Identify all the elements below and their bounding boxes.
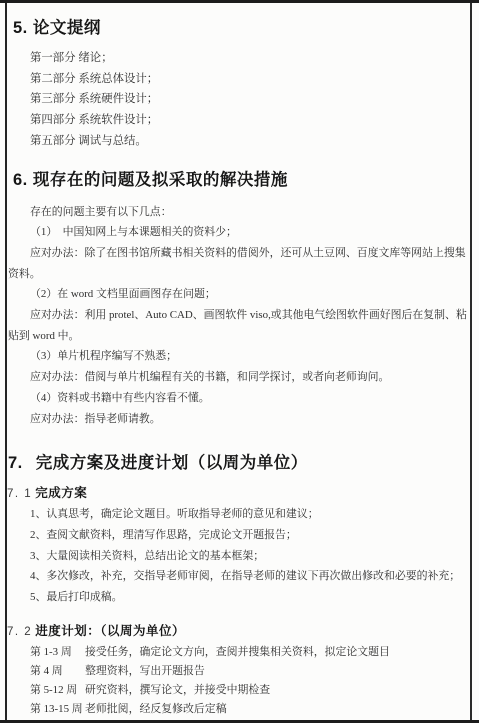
plan-item: 4、多次修改，补充，交指导老师审阅，在指导老师的建议下再次做出修改和必要的补充； xyxy=(30,566,470,587)
schedule-task: 整理资料，写出开题报告 xyxy=(85,665,205,677)
body-line: （2）在 word 文档里面画图存在问题； xyxy=(30,284,470,305)
section7-2-heading: 7. 2进度计划：（以周为单位） xyxy=(7,622,470,641)
progress-schedule-list: 第 1-3 周接受任务，确定论文方向，查阅并搜集相关资料，拟定论文题目 第 4 … xyxy=(7,643,470,720)
section7-heading: 7.完成方案及进度计划（以周为单位） xyxy=(8,452,470,474)
body-line: （1） 中国知网上与本课题相关的资料少； xyxy=(30,222,470,243)
schedule-row: 第 13-15 周老师批阅，经反复修改后定稿 xyxy=(30,700,470,719)
body-line: （3）单片机程序编写不熟悉； xyxy=(30,346,470,367)
body-line: 贴到 word 中。 xyxy=(8,326,470,347)
outline-item: 第一部分 绪论； xyxy=(30,48,470,69)
schedule-week: 第 5-12 周 xyxy=(30,681,85,700)
body-line: 应对办法：借阅与单片机编程有关的书籍，和同学探讨，或者向老师询问。 xyxy=(30,367,470,388)
plan-item: 1、认真思考，确定论文题目。听取指导老师的意见和建议； xyxy=(30,504,470,525)
section7-1-title: 完成方案 xyxy=(35,486,87,500)
schedule-task: 接受任务，确定论文方向，查阅并搜集相关资料，拟定论文题目 xyxy=(85,646,390,658)
body-line: 存在的问题主要有以下几点： xyxy=(30,202,470,223)
body-line: 资料。 xyxy=(8,264,470,285)
problems-and-solutions-body: 存在的问题主要有以下几点： （1） 中国知网上与本课题相关的资料少； 应对办法：… xyxy=(7,202,470,430)
schedule-row: 第 4 周整理资料，写出开题报告 xyxy=(30,662,470,681)
schedule-task: 研究资料，撰写论文，并接受中期检查 xyxy=(85,684,270,696)
body-line: （4）资料或书籍中有些内容看不懂。 xyxy=(30,388,470,409)
schedule-task: 老师批阅，经反复修改后定稿 xyxy=(85,703,227,715)
section7-1-number: 7. 1 xyxy=(7,488,32,500)
schedule-row: 第 5-12 周研究资料，撰写论文，并接受中期检查 xyxy=(30,681,470,700)
body-line: 应对办法：指导老师请教。 xyxy=(30,409,470,430)
scanned-document-page: 5. 论文提纲 第一部分 绪论； 第二部分 系统总体设计； 第三部分 系统硬件设… xyxy=(0,0,479,723)
schedule-week: 第 1-3 周 xyxy=(30,643,85,662)
schedule-row: 第 1-3 周接受任务，确定论文方向，查阅并搜集相关资料，拟定论文题目 xyxy=(30,643,470,662)
outline-item: 第四部分 系统软件设计； xyxy=(30,110,470,131)
thesis-outline-list: 第一部分 绪论； 第二部分 系统总体设计； 第三部分 系统硬件设计； 第四部分 … xyxy=(7,48,470,152)
completion-plan-list: 1、认真思考，确定论文题目。听取指导老师的意见和建议； 2、查阅文献资料，理清写… xyxy=(7,504,470,608)
section6-heading: 6. 现存在的问题及拟采取的解决措施 xyxy=(13,169,470,191)
outline-item: 第五部分 调试与总结。 xyxy=(30,131,470,152)
section7-2-number: 7. 2 xyxy=(7,626,32,638)
section7-number: 7. xyxy=(8,454,23,472)
section7-1-heading: 7. 1完成方案 xyxy=(7,484,470,503)
outline-item: 第三部分 系统硬件设计； xyxy=(30,89,470,110)
body-line: 应对办法：除了在图书馆所藏书相关资料的借阅外，还可从土豆网、百度文库等网站上搜集 xyxy=(30,243,470,264)
plan-item: 3、大量阅读相关资料，总结出论文的基本框架； xyxy=(30,546,470,567)
plan-item: 5、最后打印成稿。 xyxy=(30,587,470,608)
body-line: 应对办法：利用 protel、Auto CAD、画图软件 viso,或其他电气绘… xyxy=(30,305,470,326)
section5-heading: 5. 论文提纲 xyxy=(13,17,470,39)
schedule-week: 第 13-15 周 xyxy=(30,700,85,719)
section7-2-title: 进度计划：（以周为单位） xyxy=(35,624,185,638)
plan-item: 2、查阅文献资料，理清写作思路，完成论文开题报告； xyxy=(30,525,470,546)
page-border-frame: 5. 论文提纲 第一部分 绪论； 第二部分 系统总体设计； 第三部分 系统硬件设… xyxy=(5,3,472,720)
schedule-week: 第 4 周 xyxy=(30,662,85,681)
outline-item: 第二部分 系统总体设计； xyxy=(30,69,470,90)
section7-title: 完成方案及进度计划（以周为单位） xyxy=(36,454,308,472)
